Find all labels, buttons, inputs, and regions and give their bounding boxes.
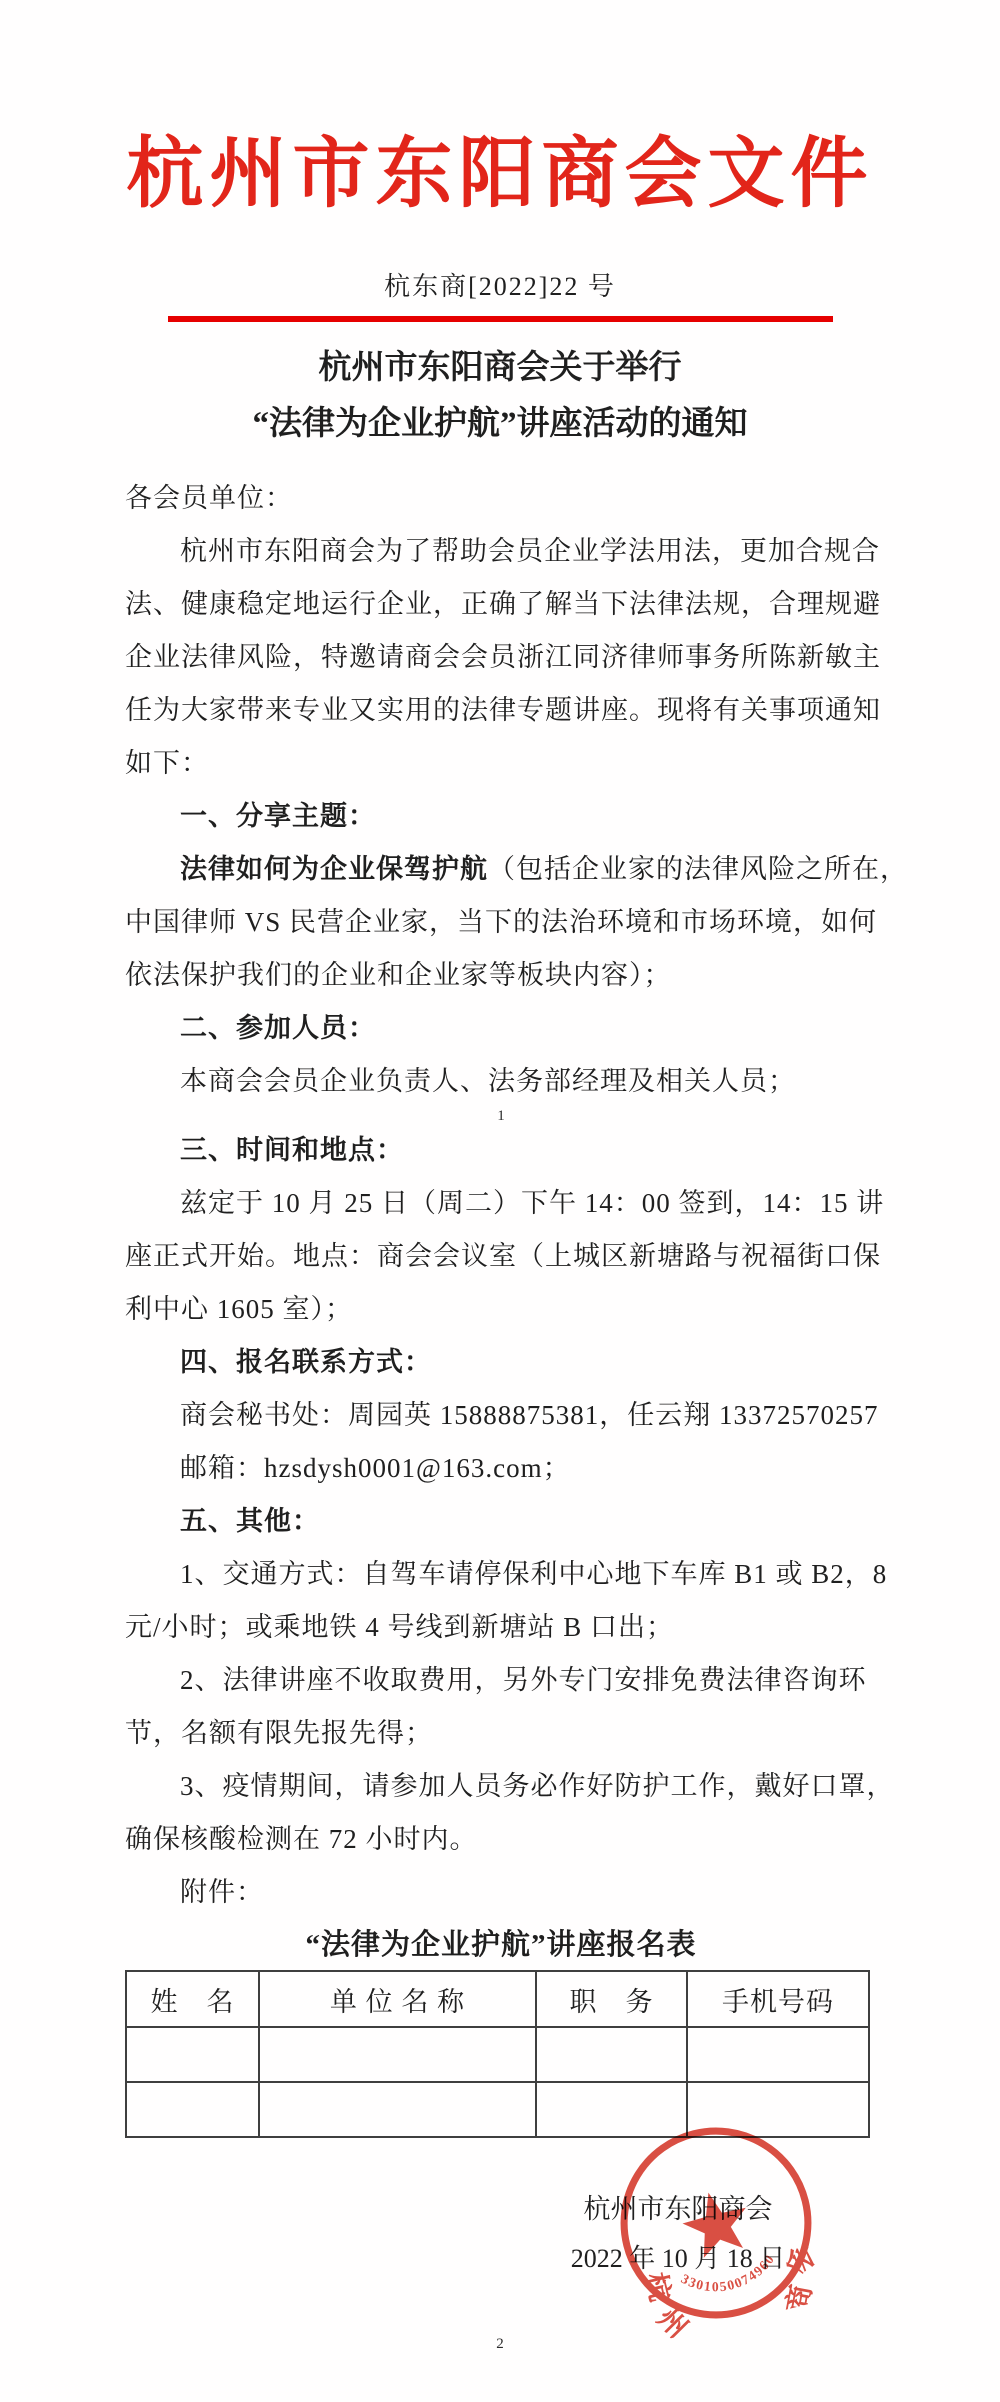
body-line: 商会秘书处：周园英 15888875381，任云翔 13372570257 — [125, 1389, 877, 1442]
body-line: 兹定于 10 月 25 日（周二）下午 14：00 签到，14：15 讲 — [125, 1177, 877, 1230]
table-header-phone: 手机号码 — [687, 1971, 869, 2027]
table-cell — [536, 2027, 687, 2082]
table-cell — [687, 2027, 869, 2082]
table-header-position: 职 务 — [536, 1971, 687, 2027]
body-line: 确保核酸检测在 72 小时内。 — [125, 1813, 877, 1866]
red-divider-line — [168, 316, 833, 322]
body-line: 各会员单位： — [125, 472, 877, 525]
document-page: 杭州市东阳商会文件 杭东商[2022]22 号 杭州市东阳商会关于举行 “法律为… — [0, 0, 1000, 2402]
table-row — [126, 2027, 869, 2082]
body-line: 利中心 1605 室）； — [125, 1283, 877, 1336]
body-line: 法律如何为企业保驾护航（包括企业家的法律风险之所在， — [125, 843, 877, 896]
doc-number: 杭东商[2022]22 号 — [0, 266, 1000, 303]
body-line: 节，名额有限先报先得； — [125, 1707, 877, 1760]
notice-title-line1: 杭州市东阳商会关于举行 — [0, 340, 1000, 396]
table-header-row: 姓 名 单 位 名 称 职 务 手机号码 — [126, 1971, 869, 2027]
table-cell — [259, 2082, 536, 2137]
body-line: 任为大家带来专业又实用的法律专题讲座。现将有关事项通知 — [125, 684, 877, 737]
table-cell — [126, 2082, 259, 2137]
body-line: 座正式开始。地点：商会会议室（上城区新塘路与祝福街口保 — [125, 1230, 877, 1283]
body-line: 本商会会员企业负责人、法务部经理及相关人员； — [125, 1055, 877, 1108]
notice-title-line2: “法律为企业护航”讲座活动的通知 — [0, 396, 1000, 452]
section-heading-other: 五、其他： — [125, 1495, 877, 1548]
body-line: 杭州市东阳商会为了帮助会员企业学法用法，更加合规合 — [125, 525, 877, 578]
section-heading-time-place: 三、时间和地点： — [125, 1124, 877, 1177]
body-line: 依法保护我们的企业和企业家等板块内容）； — [125, 949, 877, 1002]
page-number-1: 1 — [125, 1108, 877, 1124]
section-heading-participants: 二、参加人员： — [125, 1002, 877, 1055]
page-number-2: 2 — [0, 2336, 1000, 2353]
table-header-name: 姓 名 — [126, 1971, 259, 2027]
body-line: 如下： — [125, 737, 877, 790]
body-line: 1、交通方式：自驾车请停保利中心地下车库 B1 或 B2，8 — [125, 1548, 877, 1601]
body-line: 元/小时；或乘地铁 4 号线到新塘站 B 口出； — [125, 1601, 877, 1654]
notice-body: 各会员单位： 杭州市东阳商会为了帮助会员企业学法用法，更加合规合 法、健康稳定地… — [125, 472, 877, 2138]
table-cell — [259, 2027, 536, 2082]
table-cell — [126, 2027, 259, 2082]
registration-table-title: “法律为企业护航”讲座报名表 — [125, 1919, 877, 1972]
red-header-org-title: 杭州市东阳商会文件 — [0, 112, 1000, 223]
body-line: 邮箱：hzsdysh0001@163.com； — [125, 1442, 877, 1495]
body-line: 法、健康稳定地运行企业，正确了解当下法律法规，合理规避 — [125, 578, 877, 631]
body-line: 2、法律讲座不收取费用，另外专门安排免费法律咨询环 — [125, 1654, 877, 1707]
body-line: 中国律师 VS 民营企业家，当下的法治环境和市场环境，如何 — [125, 896, 877, 949]
notice-title: 杭州市东阳商会关于举行 “法律为企业护航”讲座活动的通知 — [0, 340, 1000, 452]
seal-star-icon — [677, 2185, 755, 2261]
body-line: 企业法律风险，特邀请商会会员浙江同济律师事务所陈新敏主 — [125, 631, 877, 684]
table-cell — [536, 2082, 687, 2137]
table-header-company: 单 位 名 称 — [259, 1971, 536, 2027]
attachment-label: 附件： — [125, 1866, 877, 1919]
section-heading-topic: 一、分享主题： — [125, 790, 877, 843]
body-line: 3、疫情期间，请参加人员务必作好防护工作，戴好口罩， — [125, 1760, 877, 1813]
section-heading-contact: 四、报名联系方式： — [125, 1336, 877, 1389]
